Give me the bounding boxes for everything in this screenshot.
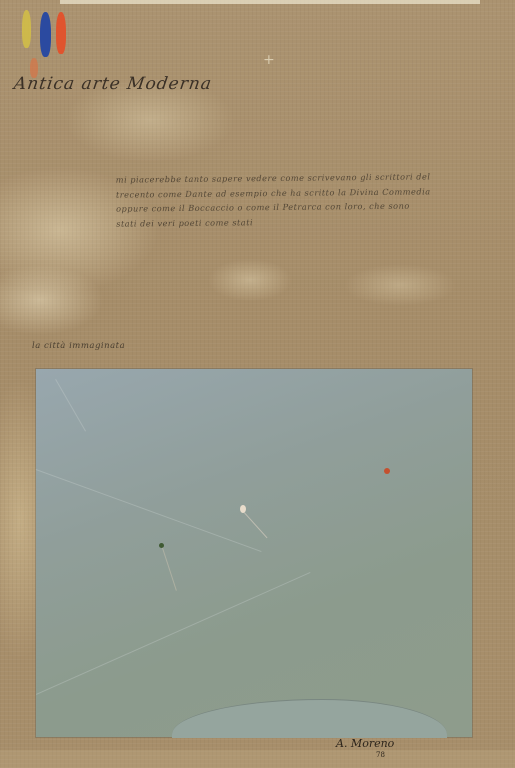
yellow-mark: [22, 10, 31, 48]
pale-shape: [172, 699, 447, 738]
poem-line: stati dei veri poeti come stati: [116, 213, 431, 231]
title-inscription: Antica arte Moderna: [13, 74, 214, 94]
bottom-margin: [0, 750, 515, 768]
white-trail: [244, 512, 267, 538]
color-marks: [20, 6, 70, 56]
torn-top-edge: [60, 0, 480, 4]
scratch-line: [55, 379, 86, 431]
artist-signature: A. Moreno: [336, 737, 394, 750]
caption-inscription: la città immaginata: [32, 341, 125, 351]
painted-panel: [36, 369, 472, 737]
artwork-canvas: + Antica arte Moderna mi piacerebbe tant…: [0, 0, 515, 768]
scratch-line: [36, 572, 310, 695]
blue-mark: [40, 12, 51, 57]
green-trail: [162, 548, 177, 591]
cross-mark-icon: +: [263, 52, 275, 68]
red-mark: [56, 12, 66, 54]
scratch-line: [36, 469, 262, 552]
signature-year: 78: [376, 751, 385, 759]
poem-text: mi piacerebbe tanto sapere vedere come s…: [116, 169, 431, 230]
red-dot: [384, 468, 390, 474]
